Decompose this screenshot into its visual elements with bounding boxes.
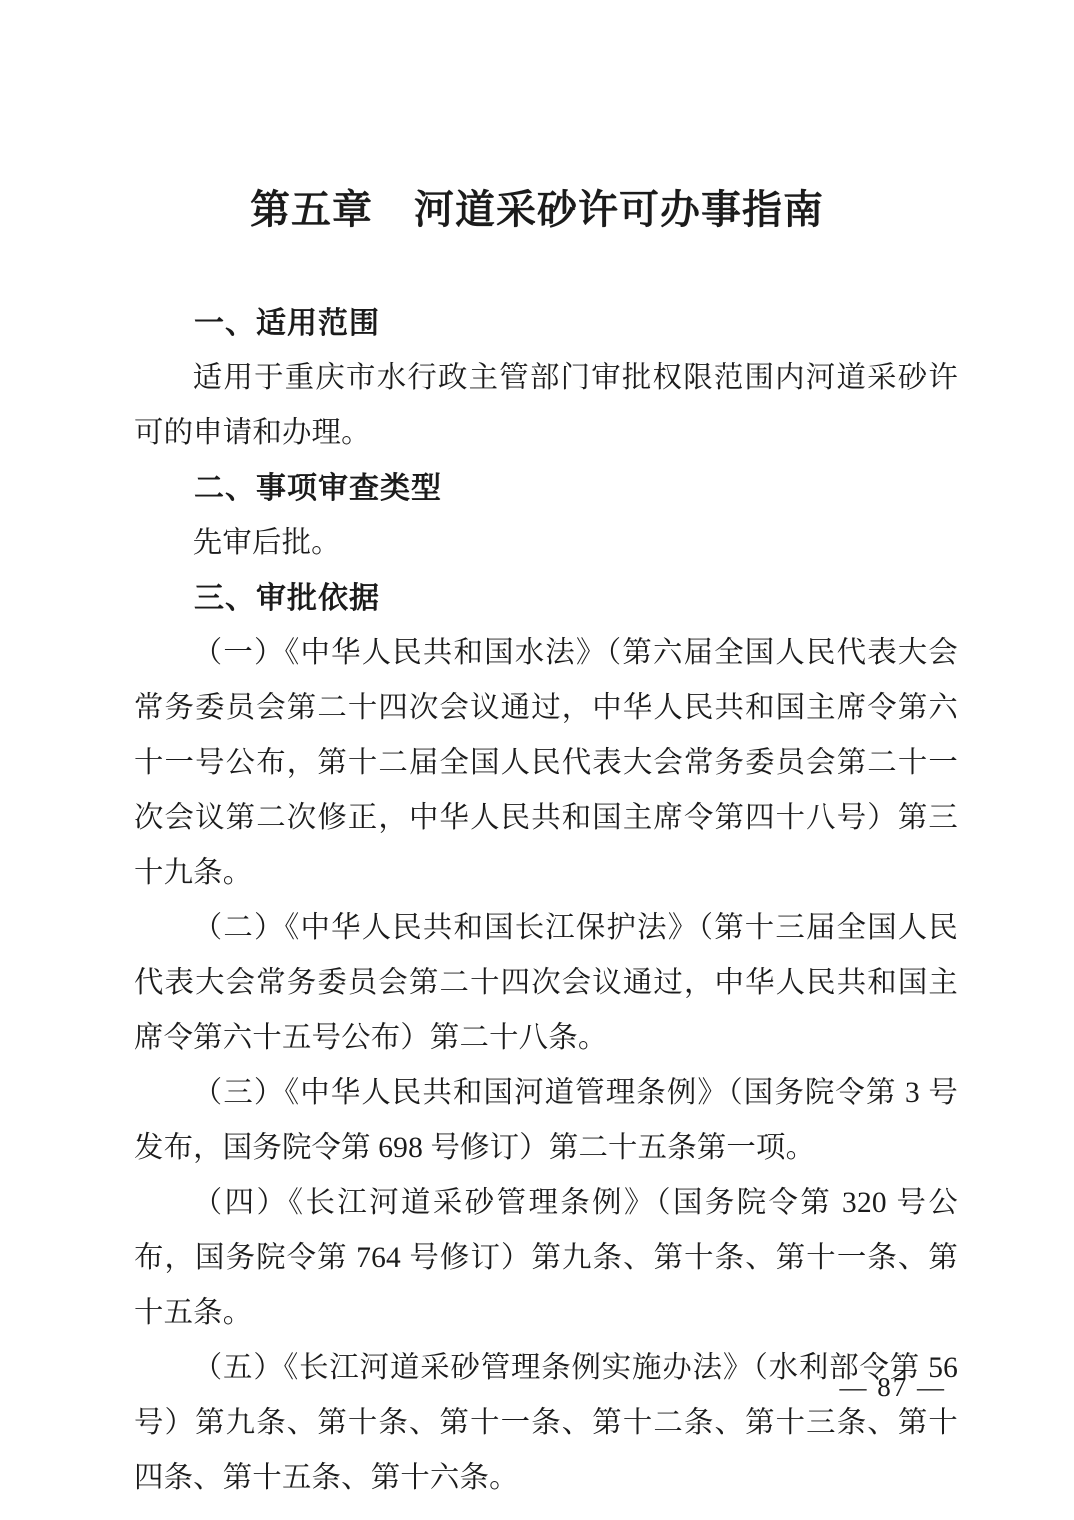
paragraph-basis-item-3: （三）《中华人民共和国河道管理条例》（国务院令第 3 号发布，国务院令第 698… <box>134 1066 958 1176</box>
page-number: — 87 — <box>840 1372 947 1402</box>
section-heading-scope: 一、适用范围 <box>134 296 958 351</box>
document-body: 一、适用范围 适用于重庆市水行政主管部门审批权限范围内河道采砂许可的申请和办理。… <box>134 296 958 1506</box>
paragraph-basis-item-4: （四）《长江河道采砂管理条例》（国务院令第 320 号公布，国务院令第 764 … <box>134 1176 958 1341</box>
section-heading-review-type: 二、事项审查类型 <box>134 461 958 516</box>
paragraph-basis-item-2: （二）《中华人民共和国长江保护法》（第十三届全国人民代表大会常务委员会第二十四次… <box>134 901 958 1066</box>
section-scope: 一、适用范围 适用于重庆市水行政主管部门审批权限范围内河道采砂许可的申请和办理。 <box>134 296 958 461</box>
paragraph-basis-item-5: （五）《长江河道采砂管理条例实施办法》（水利部令第 56 号）第九条、第十条、第… <box>134 1341 958 1506</box>
section-heading-approval-basis: 三、审批依据 <box>134 571 958 626</box>
paragraph-review-type: 先审后批。 <box>134 516 958 571</box>
document-page: 第五章 河道采砂许可办事指南 一、适用范围 适用于重庆市水行政主管部门审批权限范… <box>0 0 1074 1520</box>
section-review-type: 二、事项审查类型 先审后批。 <box>134 461 958 571</box>
paragraph-basis-item-1: （一）《中华人民共和国水法》（第六届全国人民代表大会常务委员会第二十四次会议通过… <box>134 626 958 901</box>
paragraph-scope: 适用于重庆市水行政主管部门审批权限范围内河道采砂许可的申请和办理。 <box>134 351 958 461</box>
chapter-title: 第五章 河道采砂许可办事指南 <box>0 0 1074 234</box>
section-approval-basis: 三、审批依据 （一）《中华人民共和国水法》（第六届全国人民代表大会常务委员会第二… <box>134 571 958 1506</box>
